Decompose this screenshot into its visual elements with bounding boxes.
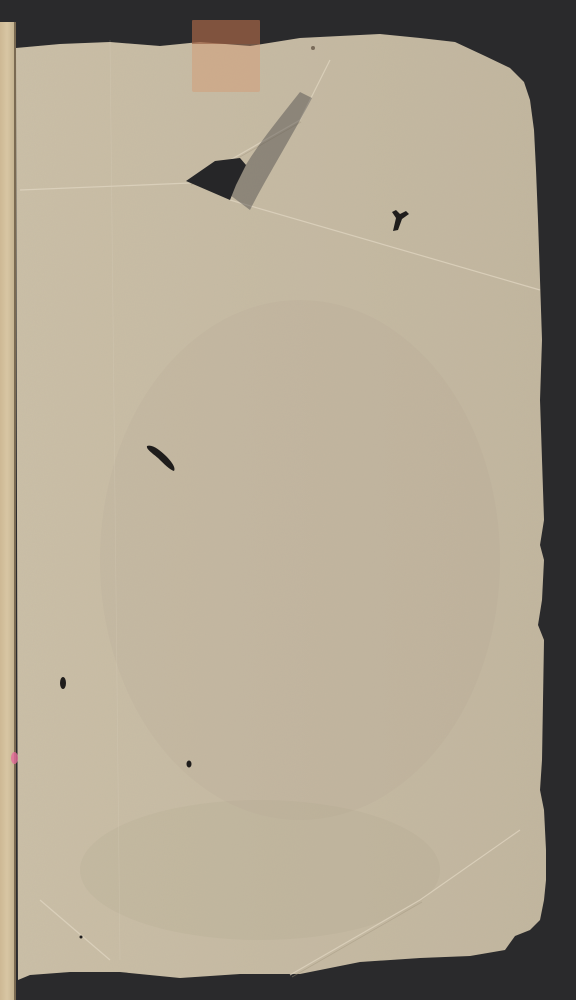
ink-dot-left: [60, 677, 66, 689]
manuscript-photo: [0, 0, 576, 1000]
red-seal-upper: [192, 20, 260, 44]
pink-thread-mark: [11, 752, 18, 764]
paper-page: [0, 0, 576, 1000]
ink-dot-center: [187, 761, 192, 768]
